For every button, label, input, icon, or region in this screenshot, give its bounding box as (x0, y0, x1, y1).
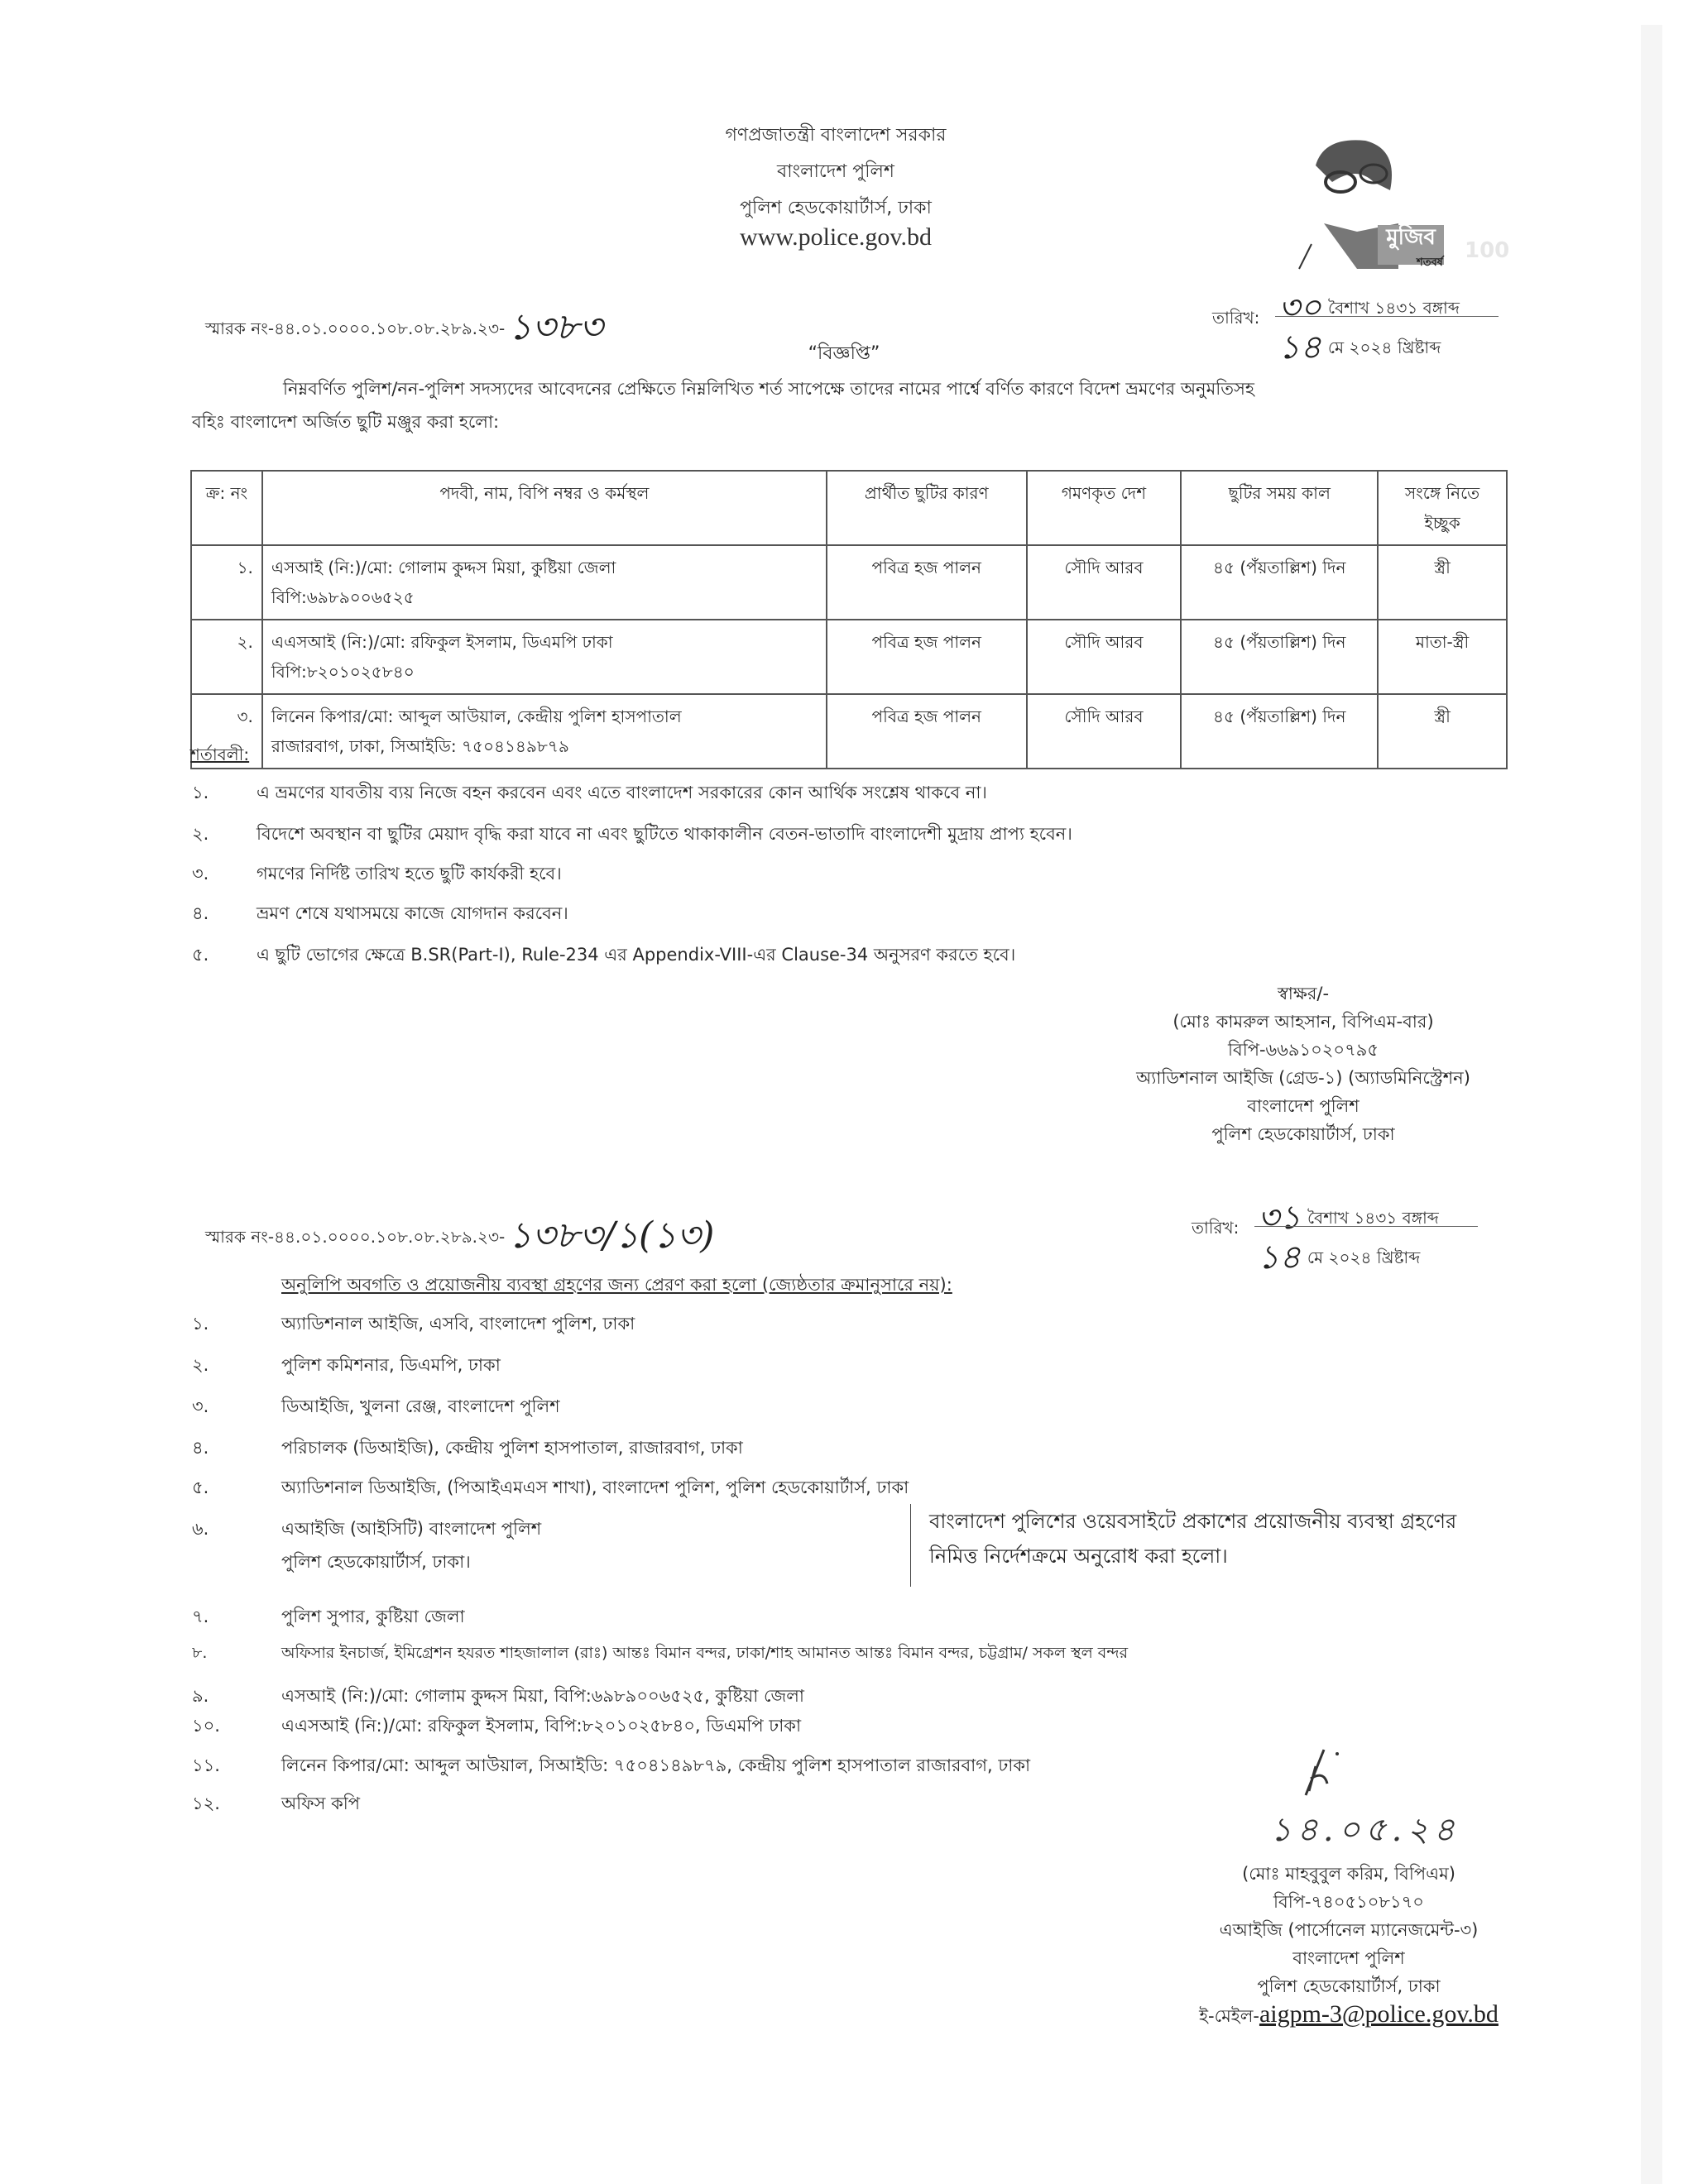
copy-item: ৫.অ্যাডিশনাল ডিআইজি, (পিআইএমএস শাখা), বা… (192, 1474, 909, 1503)
copy-number: ৮. (192, 1641, 281, 1668)
signatory-designation: অ্যাডিশনাল আইজি (গ্রেড-১) (অ্যাডমিনিস্ট্… (1034, 1064, 1572, 1092)
row-duration: ৪৫ (পঁয়তাল্লিশ) দিন (1181, 620, 1378, 694)
copy-item: ৯.এসআই (নি:)/মো: গোলাম কুদ্দস মিয়া, বিপ… (192, 1683, 804, 1712)
note-line2: নিমিত্ত নির্দেশক্রমে অনুরোধ করা হলো। (929, 1539, 1525, 1573)
memo-prefix: স্মারক নং-৪৪.০১.০০০০.১০৮.০৮.২৮৯.২৩- (205, 1227, 505, 1247)
copy-text: লিনেন কিপার/মো: আব্দুল আউয়াল, সিআইডি: ৭… (281, 1755, 1030, 1775)
row-companion: মাতা-স্ত্রী (1378, 620, 1507, 694)
copy-text: পুলিশ সুপার, কুষ্টিয়া জেলা (281, 1607, 465, 1626)
header-org: বাংলাদেশ পুলিশ (579, 157, 1092, 188)
logo-number: 100 (1465, 238, 1509, 263)
copy-number: ১২. (192, 1790, 281, 1819)
date-divider (1254, 1226, 1478, 1227)
handwritten-date: ১৪.০৫.২৪ (1270, 1803, 1460, 1859)
date-greg-rest: মে ২০২৪ খ্রিষ্টাব্দ (1307, 1248, 1420, 1267)
signatory-office: পুলিশ হেডকোয়ার্টার্স, ঢাকা (1134, 1972, 1564, 2000)
memo-prefix: স্মারক নং-৪৪.০১.০০০০.১০৮.০৮.২৮৯.২৩- (205, 318, 505, 338)
row-companion: স্ত্রী (1378, 694, 1507, 769)
memo-number-2: স্মারক নং-৪৪.০১.০০০০.১০৮.০৮.২৮৯.২৩-১৩৮৩/… (205, 1208, 714, 1268)
col-duration: ছুটির সময় কাল (1181, 471, 1378, 545)
col-person: পদবী, নাম, বিপি নম্বর ও কর্মস্থল (262, 471, 827, 545)
col-reason: প্রার্থীত ছুটির কারণ (827, 471, 1027, 545)
copies-heading: অনুলিপি অবগতি ও প্রয়োজনীয় ব্যবস্থা গ্র… (281, 1272, 952, 1300)
col-serial: ক্র: নং (191, 471, 262, 545)
col-companion: সংঙ্গে নিতে ইচ্ছুক (1378, 471, 1507, 545)
copy-item: ৩.ডিআইজি, খুলনা রেঞ্জ, বাংলাদেশ পুলিশ (192, 1393, 560, 1422)
conditions-heading: শর্তাবলী: (190, 743, 249, 770)
date-label: তারিখ: (1212, 306, 1259, 333)
condition-item: ৩.গমণের নির্দিষ্ট তারিখ হতে ছুটি কার্যকর… (192, 860, 562, 889)
copy-item: ১২.অফিস কপি (192, 1790, 360, 1819)
row-reason: পবিত্র হজ পালন (827, 545, 1027, 620)
email-link[interactable]: aigpm-3@police.gov.bd (1259, 2000, 1499, 2028)
copy-text: এএসআই (নি:)/মো: রফিকুল ইসলাম, বিপি:৮২০১০… (281, 1716, 801, 1736)
copy-text: পরিচালক (ডিআইজি), কেন্দ্রীয় পুলিশ হাসপা… (281, 1438, 743, 1458)
leave-table: ক্র: নং পদবী, নাম, বিপি নম্বর ও কর্মস্থল… (190, 470, 1508, 769)
copy-item: ১০.এএসআই (নি:)/মো: রফিকুল ইসলাম, বিপি:৮২… (192, 1712, 801, 1741)
table-header-row: ক্র: নং পদবী, নাম, বিপি নম্বর ও কর্মস্থল… (191, 471, 1507, 545)
table-row: ২. এএসআই (নি:)/মো: রফিকুল ইসলাম, ডিএমপি … (191, 620, 1507, 694)
notice-title: “বিজ্ঞপ্তি” (0, 339, 1688, 370)
copy-text: এসআই (নি:)/মো: গোলাম কুদ্দস মিয়া, বিপি:… (281, 1686, 804, 1706)
person-line2: রাজারবাগ, ঢাকা, সিআইডি: ৭৫০৪১৪৯৮৭৯ (271, 731, 818, 761)
row-person: এএসআই (নি:)/মো: রফিকুল ইসলাম, ডিএমপি ঢাক… (262, 620, 827, 694)
signatory-2: (মোঃ মাহবুবুল করিম, বিপিএম) বিপি-৭৪০৫১০৮… (1134, 1860, 1564, 2030)
condition-text: বিদেশে অবস্থান বা ছুটির মেয়াদ বৃদ্ধি কর… (257, 824, 1072, 844)
copy-text: ডিআইজি, খুলনা রেঞ্জ, বাংলাদেশ পুলিশ (281, 1396, 560, 1416)
condition-text: গমণের নির্দিষ্ট তারিখ হতে ছুটি কার্যকরী … (257, 864, 562, 884)
date-divider (1275, 316, 1499, 317)
row-person: লিনেন কিপার/মো: আব্দুল আউয়াল, কেন্দ্রীয… (262, 694, 827, 769)
note-line1: বাংলাদেশ পুলিশের ওয়েবসাইটে প্রকাশের প্র… (929, 1504, 1525, 1539)
person-line1: লিনেন কিপার/মো: আব্দুল আউয়াল, কেন্দ্রীয… (271, 702, 818, 731)
person-line1: এসআই (নি:)/মো: গোলাম কুদ্দস মিয়া, কুষ্ট… (271, 553, 818, 582)
table-row: ১. এসআই (নি:)/মো: গোলাম কুদ্দস মিয়া, কু… (191, 545, 1507, 620)
copy-text: এআইজি (আইসিটি) বাংলাদেশ পুলিশ (281, 1519, 541, 1539)
condition-item: ২.বিদেশে অবস্থান বা ছুটির মেয়াদ বৃদ্ধি … (192, 821, 1072, 850)
copy-number: ১১. (192, 1752, 281, 1781)
condition-number: ৫. (192, 941, 257, 970)
row-serial: ২. (191, 620, 262, 694)
header-website[interactable]: www.police.gov.bd (579, 223, 1092, 251)
copy-item: ২.পুলিশ কমিশনার, ডিএমপি, ঢাকা (192, 1352, 501, 1381)
date-bangla-rest: বৈশাখ ১৪৩১ বঙ্গাব্দ (1307, 1208, 1439, 1228)
copy-text: পুলিশ কমিশনার, ডিএমপি, ঢাকা (281, 1355, 501, 1375)
row-duration: ৪৫ (পঁয়তাল্লিশ) দিন (1181, 545, 1378, 620)
signature-mark-icon (1299, 1746, 1357, 1803)
notice-intro-line2: বহিঃ বাংলাদেশ অর্জিত ছুটি মঞ্জুর করা হলো… (192, 405, 1516, 438)
email-line: ই-মেইল-aigpm-3@police.gov.bd (1134, 2000, 1564, 2030)
row-country: সৌদি আরব (1027, 620, 1182, 694)
copy-number: ২. (192, 1352, 281, 1381)
condition-text: ভ্রমণ শেষে যথাসময়ে কাজে যোগদান করবেন। (257, 903, 568, 923)
date-label: তারিখ: (1192, 1216, 1239, 1243)
copy-item: ৮.অফিসার ইনচার্জ, ইমিগ্রেশন হযরত শাহজালা… (192, 1641, 1128, 1668)
copy-number: ৫. (192, 1474, 281, 1503)
signatory-bp: বিপি-৭৪০৫১০৮১৭০ (1134, 1888, 1564, 1916)
header-govt: গণপ্রজাতন্ত্রী বাংলাদেশ সরকার (579, 121, 1092, 151)
row-duration: ৪৫ (পঁয়তাল্লিশ) দিন (1181, 694, 1378, 769)
copy-number: ৭. (192, 1603, 281, 1632)
row-person: এসআই (নি:)/মো: গোলাম কুদ্দস মিয়া, কুষ্ট… (262, 545, 827, 620)
signatory-name: (মোঃ মাহবুবুল করিম, বিপিএম) (1134, 1860, 1564, 1888)
copy-item: ৪.পরিচালক (ডিআইজি), কেন্দ্রীয় পুলিশ হাস… (192, 1434, 743, 1463)
person-line1: এএসআই (নি:)/মো: রফিকুল ইসলাম, ডিএমপি ঢাক… (271, 627, 818, 657)
copy-number: ৯. (192, 1683, 281, 1712)
copy-item: ৭.পুলিশ সুপার, কুষ্টিয়া জেলা (192, 1603, 465, 1632)
signatory-office: পুলিশ হেডকোয়ার্টার্স, ঢাকা (1034, 1120, 1572, 1148)
copy-item: ১১.লিনেন কিপার/মো: আব্দুল আউয়াল, সিআইডি… (192, 1752, 1030, 1781)
date-bangla-rest: বৈশাখ ১৪৩১ বঙ্গাব্দ (1328, 298, 1460, 318)
signed-mark: স্বাক্ষর/- (1034, 979, 1572, 1008)
email-label: ই-মেইল- (1199, 2006, 1259, 2026)
col-country: গমণকৃত দেশ (1027, 471, 1182, 545)
notice-intro: নিম্নবর্ণিত পুলিশ/নন-পুলিশ সদস্যদের আবেদ… (192, 372, 1516, 438)
signatory-designation: এআইজি (পার্সোনেল ম্যানেজমেন্ট-৩) (1134, 1916, 1564, 1944)
date-greg-day: ১৪ (1258, 1238, 1301, 1276)
row-country: সৌদি আরব (1027, 545, 1182, 620)
signatory-name: (মোঃ কামরুল আহসান, বিপিএম-বার) (1034, 1008, 1572, 1036)
copy-number: ৩. (192, 1393, 281, 1422)
row-reason: পবিত্র হজ পালন (827, 620, 1027, 694)
condition-number: ২. (192, 821, 257, 850)
copy-text: অফিসার ইনচার্জ, ইমিগ্রেশন হযরত শাহজালাল … (281, 1644, 1128, 1662)
condition-item: ৪.ভ্রমণ শেষে যথাসময়ে কাজে যোগদান করবেন। (192, 900, 568, 929)
notice-intro-line1: নিম্নবর্ণিত পুলিশ/নন-পুলিশ সদস্যদের আবেদ… (192, 372, 1516, 405)
signatory-1: স্বাক্ষর/- (মোঃ কামরুল আহসান, বিপিএম-বার… (1034, 979, 1572, 1148)
copy-text: অফিস কপি (281, 1794, 360, 1813)
condition-number: ৪. (192, 900, 257, 929)
signatory-org: বাংলাদেশ পুলিশ (1034, 1092, 1572, 1120)
row-serial: ১. (191, 545, 262, 620)
condition-item: ৫.এ ছুটি ভোগের ক্ষেত্রে B.SR(Part-I), Ru… (192, 941, 1015, 970)
row-companion: স্ত্রী (1378, 545, 1507, 620)
copy-item: ৬.এআইজি (আইসিটি) বাংলাদেশ পুলিশ (192, 1516, 541, 1545)
header-office: পুলিশ হেডকোয়ার্টার্স, ঢাকা (579, 194, 1092, 224)
copy-item: ১.অ্যাডিশনাল আইজি, এসবি, বাংলাদেশ পুলিশ,… (192, 1310, 635, 1339)
copy-item-line2: পুলিশ হেডকোয়ার্টার্স, ঢাকা। (281, 1549, 471, 1578)
copy-text: অ্যাডিশনাল ডিআইজি, (পিআইএমএস শাখা), বাংল… (281, 1478, 909, 1497)
table-row: ৩. লিনেন কিপার/মো: আব্দুল আউয়াল, কেন্দ্… (191, 694, 1507, 769)
logo-subtitle: শতবর্ষ (1417, 255, 1443, 272)
website-publish-note: বাংলাদেশ পুলিশের ওয়েবসাইটে প্রকাশের প্র… (910, 1504, 1525, 1587)
copy-number: ৬. (192, 1516, 281, 1545)
copy-text: অ্যাডিশনাল আইজি, এসবি, বাংলাদেশ পুলিশ, ঢ… (281, 1314, 635, 1334)
condition-number: ৩. (192, 860, 257, 889)
condition-text: এ ছুটি ভোগের ক্ষেত্রে B.SR(Part-I), Rule… (257, 945, 1015, 965)
copy-number: ৪. (192, 1434, 281, 1463)
date-block-2: তারিখ: ৩১বৈশাখ ১৪৩১ বঙ্গাব্দ ১৪মে ২০২৪ খ… (1192, 1191, 1539, 1266)
copy-number: ১. (192, 1310, 281, 1339)
condition-number: ১. (192, 779, 257, 808)
person-line2: বিপি:৬৯৮৯০০৬৫২৫ (271, 582, 818, 612)
copy-number: ১০. (192, 1712, 281, 1741)
row-reason: পবিত্র হজ পালন (827, 694, 1027, 769)
memo-handwritten-no: ১৩৮৩/১(১৩) (508, 1214, 714, 1257)
person-line2: বিপি:৮২০১০২৫৮৪০ (271, 657, 818, 687)
signatory-org: বাংলাদেশ পুলিশ (1134, 1944, 1564, 1972)
row-country: সৌদি আরব (1027, 694, 1182, 769)
signatory-bp: বিপি-৬৬৯১০২০৭৯৫ (1034, 1036, 1572, 1064)
condition-item: ১.এ ভ্রমণের যাবতীয় ব্যয় নিজে বহন করবেন… (192, 779, 987, 808)
condition-text: এ ভ্রমণের যাবতীয় ব্যয় নিজে বহন করবেন এ… (257, 783, 987, 802)
